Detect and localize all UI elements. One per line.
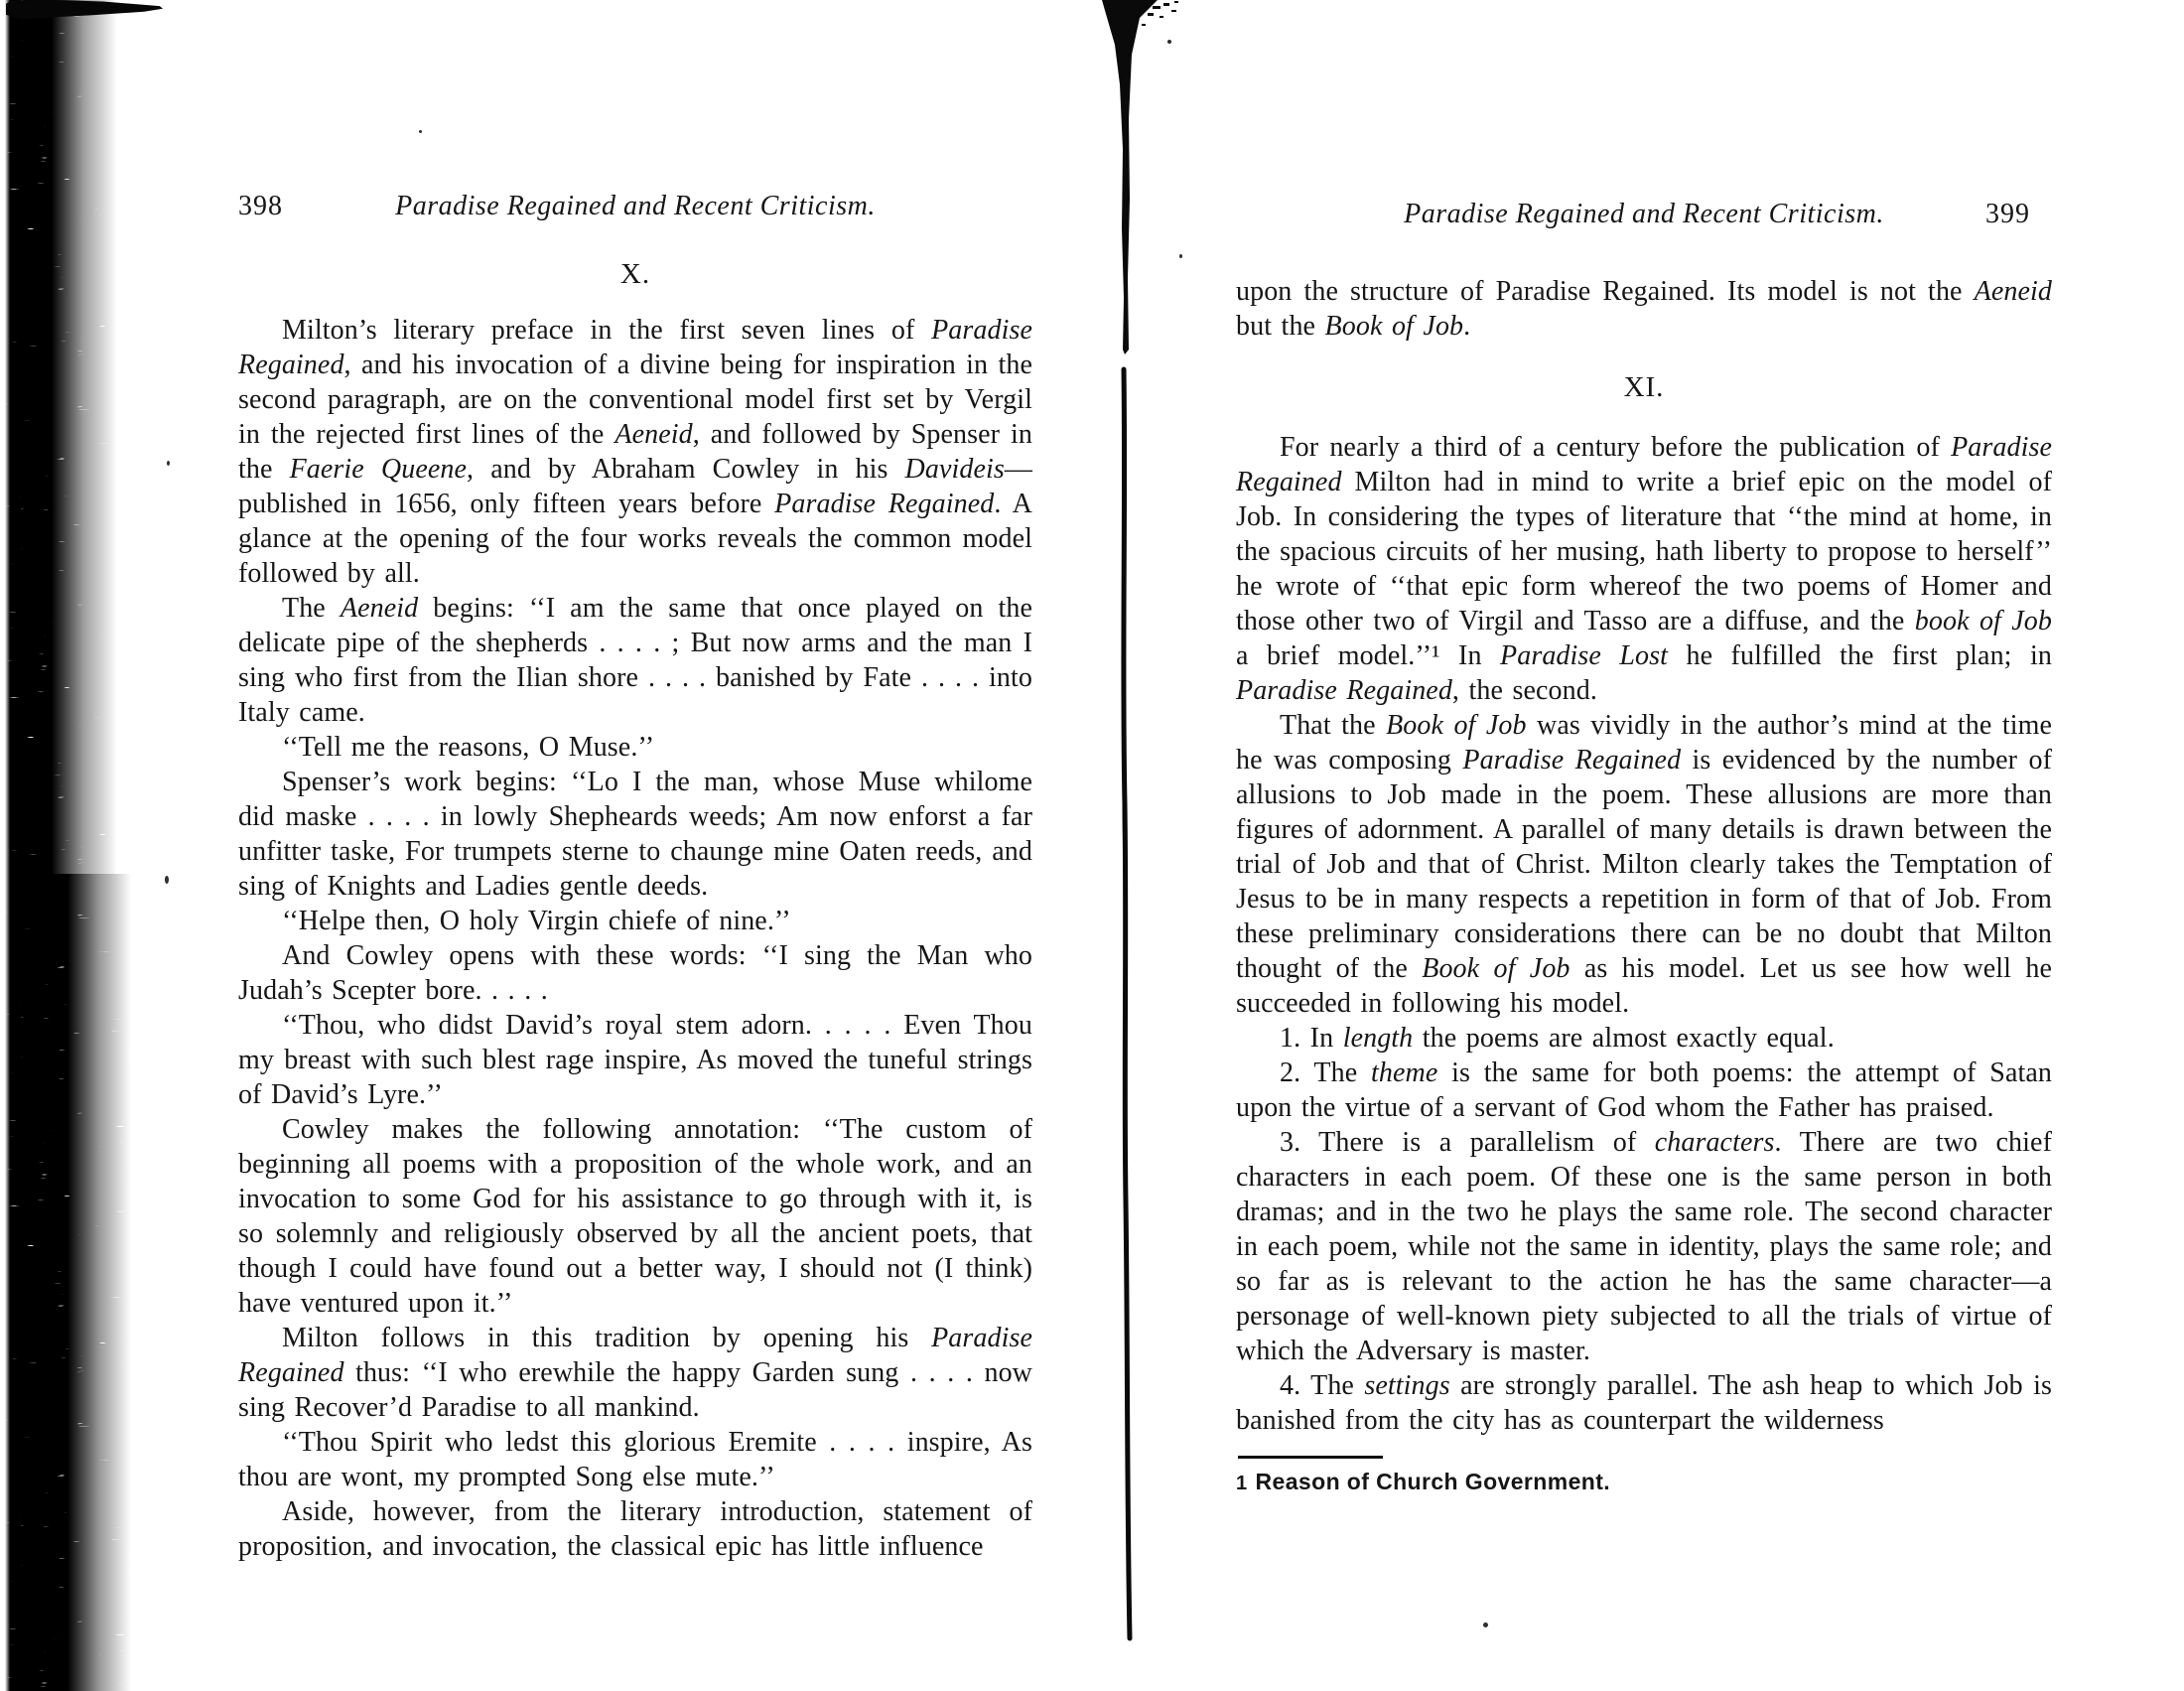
- right-page-number: 399: [1985, 199, 2030, 230]
- paragraph: Spenser’s work begins: ‘‘Lo I the man, w…: [238, 765, 1032, 904]
- paragraph: ‘‘Thou, who didst David’s royal stem ado…: [238, 1008, 1032, 1112]
- paragraph: 2. The theme is the same for both poems:…: [1236, 1056, 2052, 1125]
- right-running-head: Paradise Regained and Recent Criticism. …: [1236, 199, 2052, 234]
- scan-left-edge-noise: [0, 0, 139, 1691]
- left-running-title: Paradise Regained and Recent Criticism.: [238, 191, 1032, 222]
- scan-speck: [419, 130, 422, 133]
- paragraph: ‘‘Tell me the reasons, O Muse.’’: [238, 730, 1032, 765]
- scan-speck: [1179, 254, 1182, 258]
- footnote-marker: 1: [1236, 1473, 1248, 1494]
- paragraph: Cowley makes the following annotation: ‘…: [238, 1112, 1032, 1321]
- paragraph: That the Book of Job was vividly in the …: [1236, 708, 2052, 1021]
- scan-speck: [1167, 40, 1171, 44]
- right-section-heading: XI.: [1236, 371, 2052, 404]
- gutter-wedge: [1102, 0, 1158, 354]
- paragraph: Milton’s literary preface in the first s…: [238, 313, 1032, 591]
- left-running-head: 398 Paradise Regained and Recent Critici…: [238, 191, 1032, 226]
- left-page-number: 398: [238, 191, 283, 222]
- gutter-line: [1124, 369, 1130, 1638]
- left-body-text: Milton’s literary preface in the first s…: [238, 313, 1032, 1564]
- scan-speck: [167, 461, 170, 466]
- book-gutter-shadow: [1082, 0, 1201, 1691]
- paragraph: The Aeneid begins: ‘‘I am the same that …: [238, 591, 1032, 730]
- right-running-title: Paradise Regained and Recent Criticism.: [1236, 199, 2052, 230]
- paragraph: 1. In length the poems are almost exactl…: [1236, 1021, 2052, 1056]
- scan-noise-texture: [0, 0, 139, 1691]
- left-section-heading: X.: [238, 258, 1032, 291]
- paragraph: 3. There is a parallelism of characters.…: [1236, 1125, 2052, 1368]
- paragraph: Milton follows in this tradition by open…: [238, 1321, 1032, 1425]
- paragraph: upon the structure of Paradise Regained.…: [1236, 274, 2052, 344]
- right-body-text: upon the structure of Paradise Regained.…: [1236, 274, 2052, 1438]
- paragraph: ‘‘Helpe then, O holy Virgin chiefe of ni…: [238, 904, 1032, 938]
- paragraph: ‘‘Thou Spirit who ledst this glorious Er…: [238, 1425, 1032, 1494]
- paragraph: 4. The settings are strongly parallel. T…: [1236, 1368, 2052, 1438]
- scan-speck: [1483, 1622, 1488, 1627]
- paragraph: For nearly a third of a century before t…: [1236, 430, 2052, 708]
- right-page: Paradise Regained and Recent Criticism. …: [1236, 199, 2052, 1495]
- paragraph: And Cowley opens with these words: ‘‘I s…: [238, 938, 1032, 1008]
- footnote-text: Reason of Church Government.: [1256, 1469, 1611, 1494]
- scan-speck: [165, 876, 169, 884]
- scanned-book-spread: { "colors": { "ink": "#161616", "paper":…: [0, 0, 2184, 1691]
- gutter-line-detail: [1123, 417, 1124, 844]
- paragraph: Aside, however, from the literary introd…: [238, 1494, 1032, 1564]
- gutter-wedge-fringe: [1140, 1, 1178, 26]
- footnote-rule: [1238, 1456, 1383, 1459]
- footnote: 1Reason of Church Government.: [1236, 1456, 2052, 1495]
- footnote-line: 1Reason of Church Government.: [1236, 1469, 2052, 1495]
- left-page: 398 Paradise Regained and Recent Critici…: [238, 191, 1032, 1564]
- gutter-shadow-drawing: [1082, 0, 1201, 1691]
